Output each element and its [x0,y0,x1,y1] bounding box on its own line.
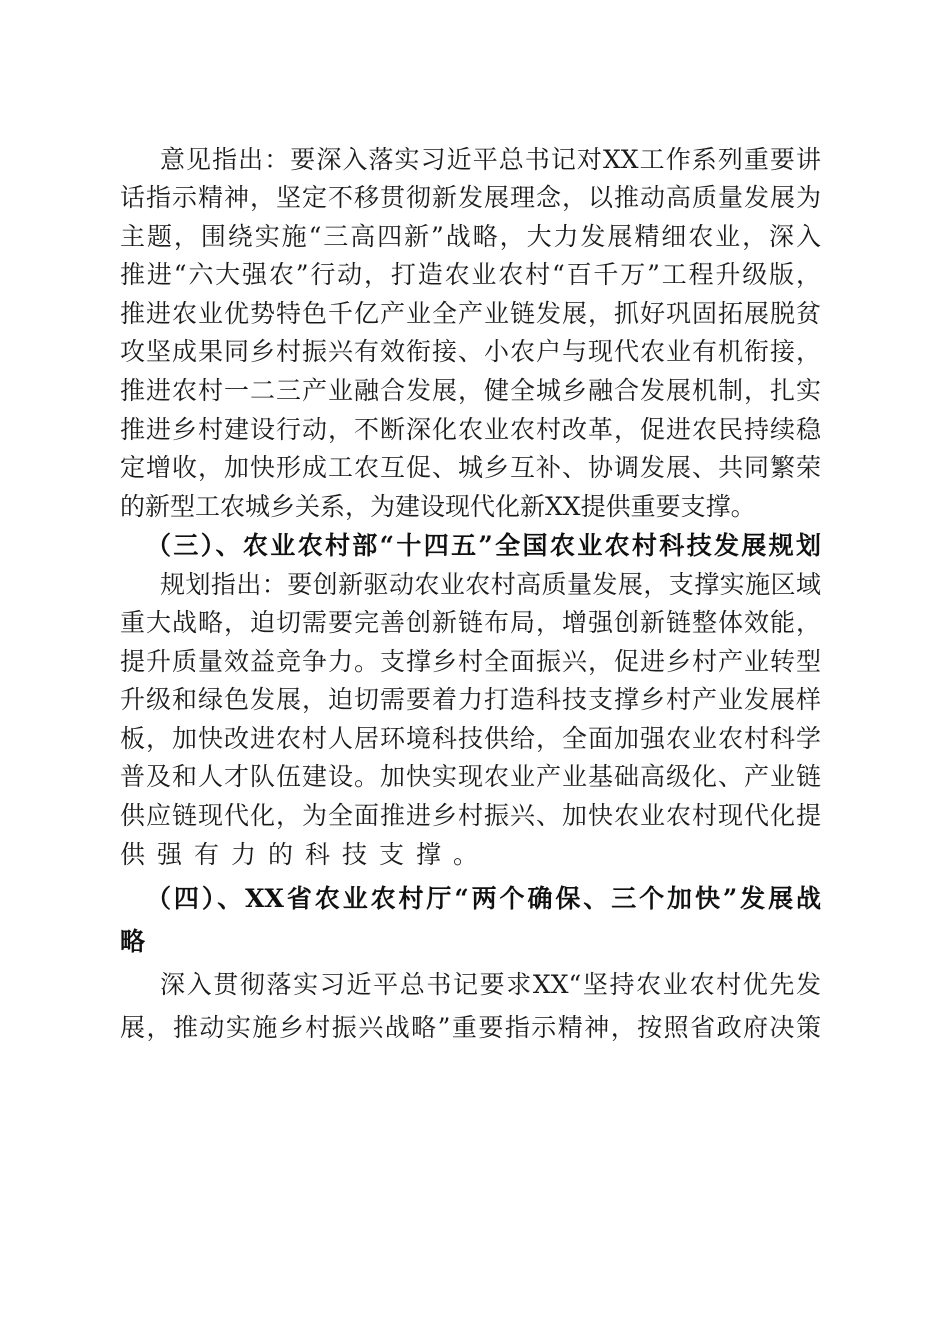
document-page: 意见指出：要深入落实习近平总书记对XX工作系列重要讲 话指示精神，坚定不移贯彻新… [0,0,950,1344]
body-line: 推进农村一二三产业融合发展，健全城乡融合发展机制，扎实 [120,374,821,408]
body-line: 重大战略，迫切需要完善创新链布局，增强创新链整体效能， [120,606,821,640]
body-line: 展，推动实施乡村振兴战略”重要指示精神，按照省政府决策 [120,1011,821,1045]
body-line: 推进农业优势特色千亿产业全产业链发展，抓好巩固拓展脱贫 [120,297,821,331]
section-heading-3: （三）、农业农村部“十四五”全国农业农村科技发展规划 [146,529,821,563]
body-line: 话指示精神，坚定不移贯彻新发展理念，以推动高质量发展为 [120,181,821,215]
body-line: 供应链现代化，为全面推进乡村振兴、加快农业农村现代化提 [120,799,821,833]
body-line: 升级和绿色发展，迫切需要着力打造科技支撑乡村产业发展样 [120,683,821,717]
body-line: 提升质量效益竞争力。支撑乡村全面振兴，促进乡村产业转型 [120,645,821,679]
section-heading-4: （四）、XX省农业农村厅“两个确保、三个加快”发展战 [146,882,821,916]
body-line: 意见指出：要深入落实习近平总书记对XX工作系列重要讲 [160,143,821,177]
body-line: 推进乡村建设行动，不断深化农业农村改革，促进农民持续稳 [120,413,821,447]
section-heading-4-cont: 略 [120,925,157,959]
body-line: 板，加快改进农村人居环境科技供给，全面加强农业农村科学 [120,722,821,756]
body-line: 供强有力的科技支撑。 [120,838,490,872]
body-line: 普及和人才队伍建设。加快实现农业产业基础高级化、产业链 [120,760,821,794]
body-line: 定增收，加快形成工农互促、城乡互补、协调发展、共同繁荣 [120,451,821,485]
body-line: 推进“六大强农”行动，打造农业农村“百千万”工程升级版， [120,258,821,292]
body-line: 攻坚成果同乡村振兴有效衔接、小农户与现代农业有机衔接， [120,335,821,369]
body-line: 深入贯彻落实习近平总书记要求XX“坚持农业农村优先发 [160,968,821,1002]
body-line: 的新型工农城乡关系，为建设现代化新XX提供重要支撑。 [120,490,780,524]
body-line: 主题，围绕实施“三高四新”战略，大力发展精细农业，深入 [120,220,821,254]
body-line: 规划指出：要创新驱动农业农村高质量发展，支撑实施区域 [160,568,821,602]
